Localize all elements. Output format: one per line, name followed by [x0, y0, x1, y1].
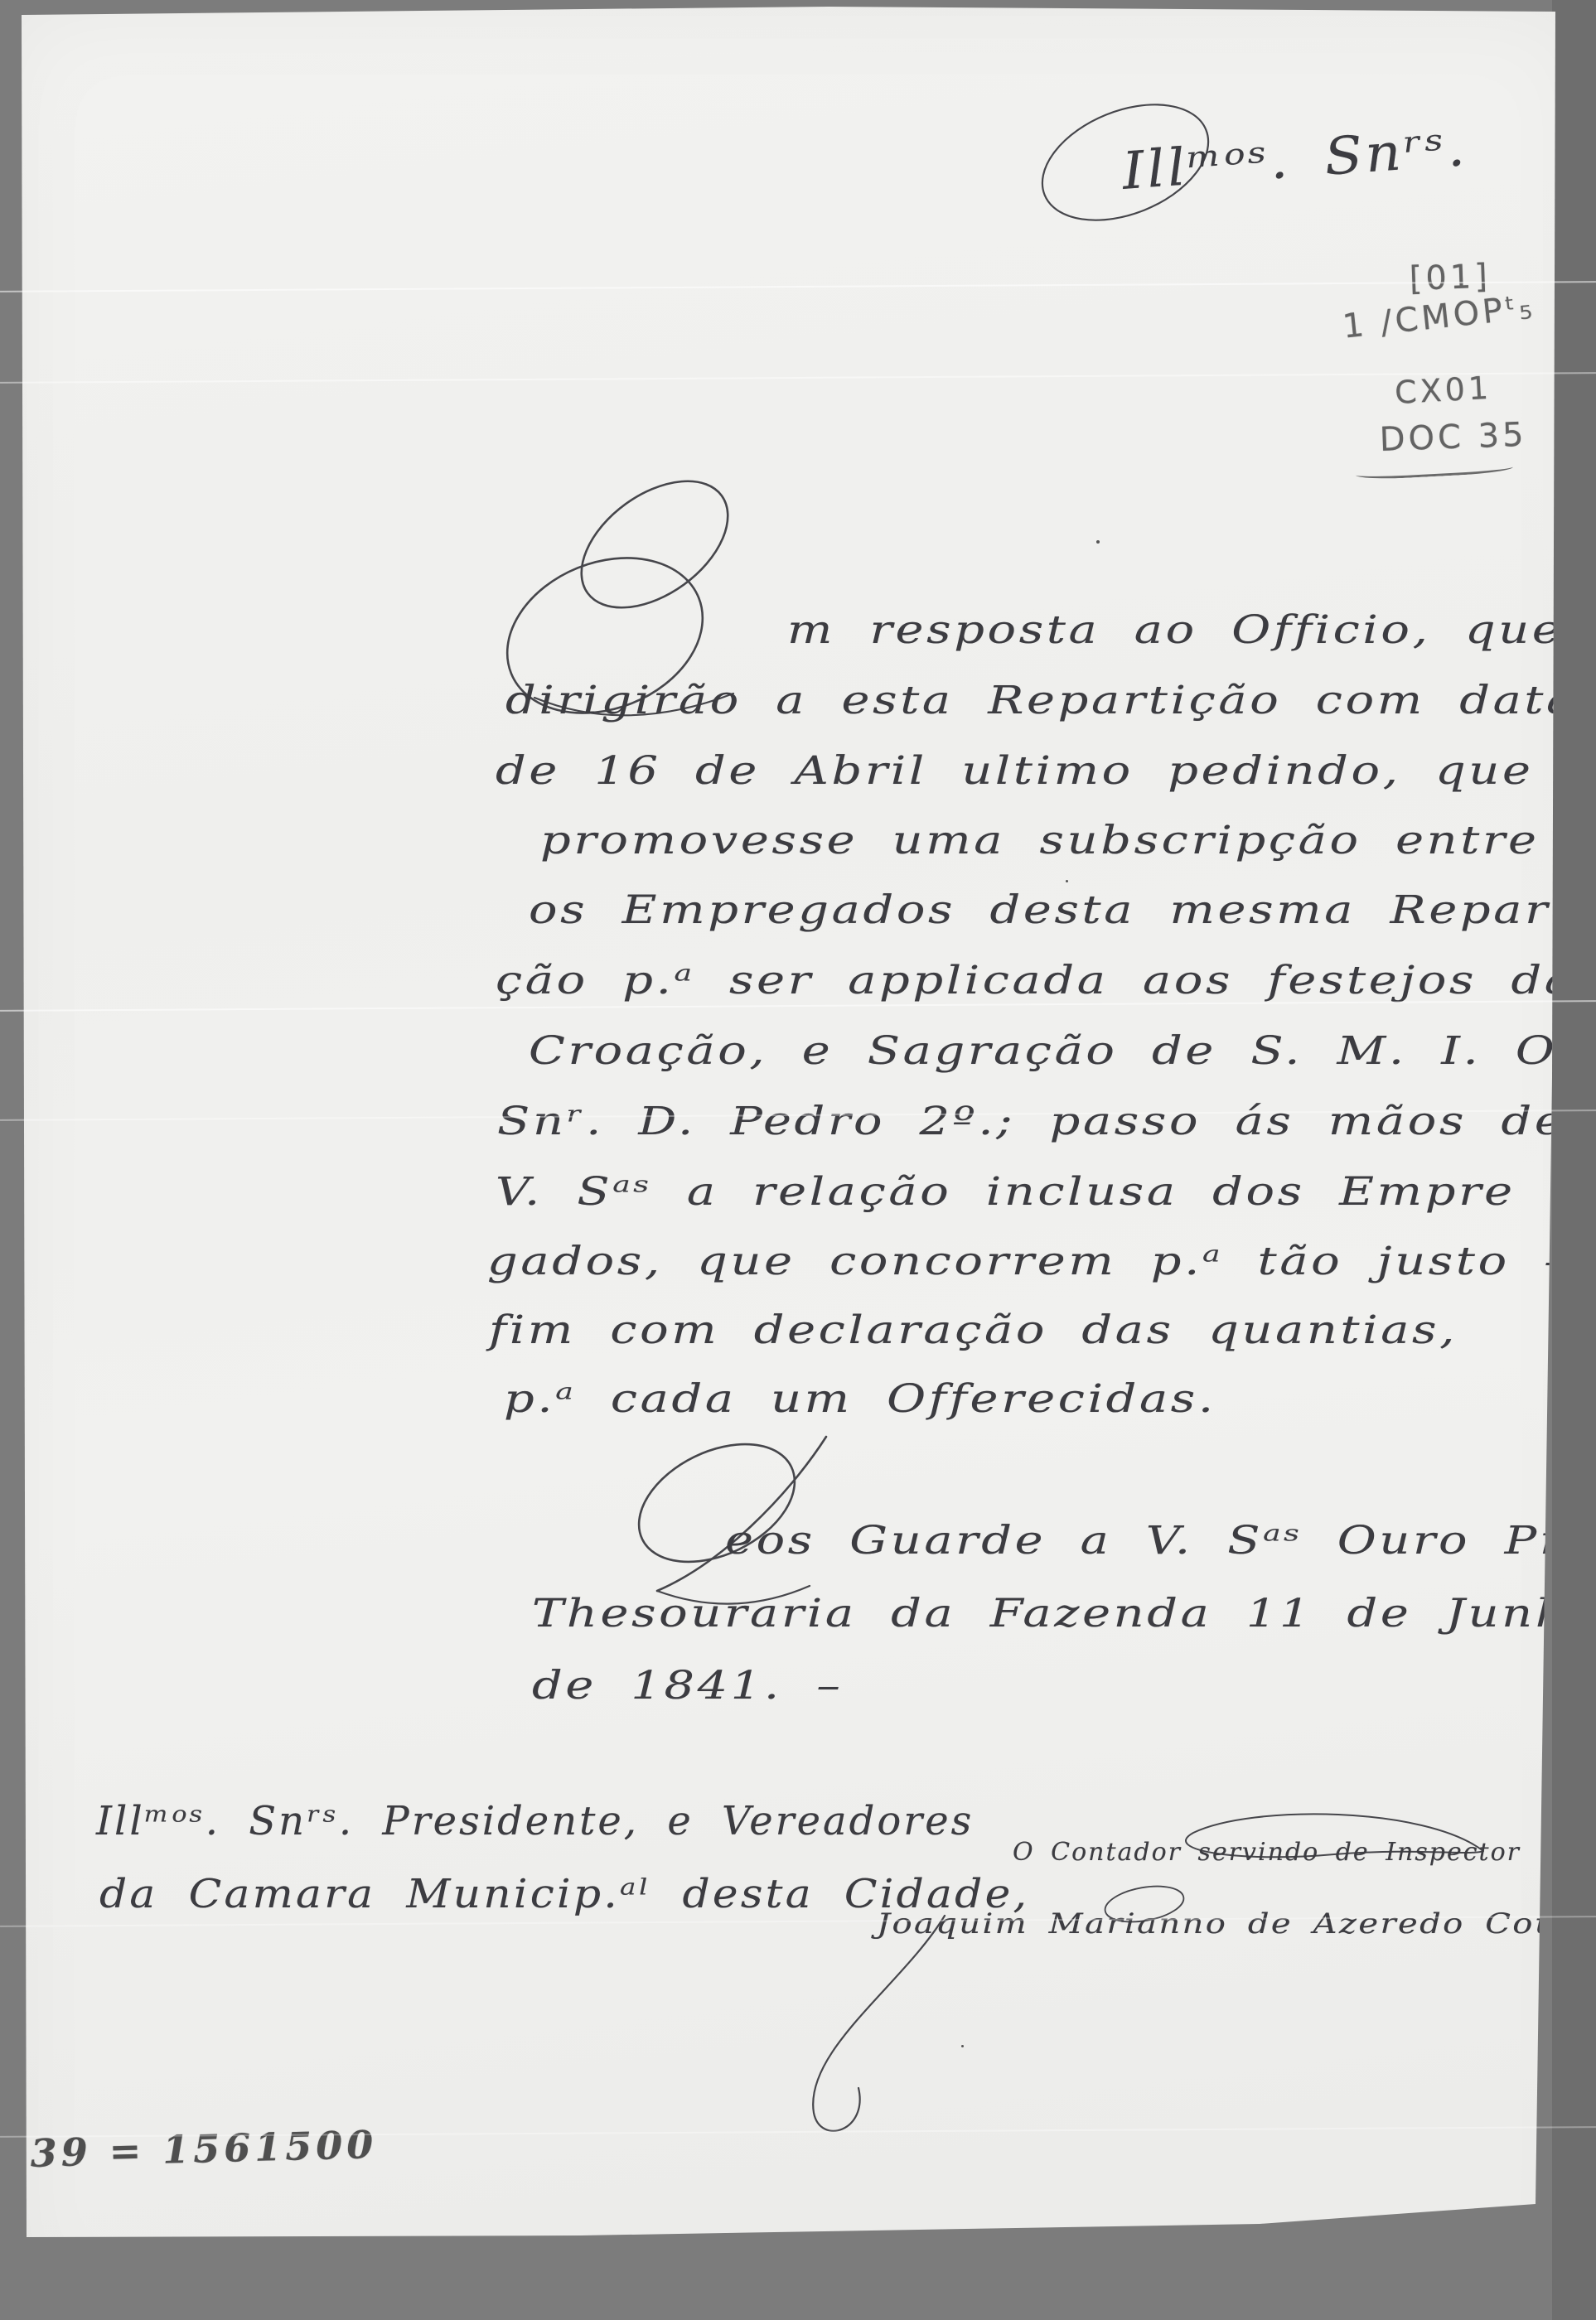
closing-line: eos Guarde a V. Sᵃˢ Ouro Preto, — [725, 1518, 1596, 1564]
address-line: Illᵐᵒˢ. Snʳˢ. Presidente, e Vereadores — [96, 1798, 974, 1844]
signature-name: Joaquim Marianno de Azeredo Coutinho — [877, 1907, 1596, 1941]
body-line: p.ᵃ cada um Offerecidas. — [504, 1376, 1216, 1422]
body-line: ção p.ᵃ ser applicada aos festejos da — [496, 958, 1576, 1003]
body-line: Croação, e Sagração de S. M. I. O — [529, 1028, 1558, 1074]
signature-title: O Contador servindo de Inspector — [1013, 1838, 1521, 1867]
archival-underline — [1356, 462, 1513, 481]
scanned-letter-page: { "colors": { "ink": "#3c3c41", "pencil"… — [0, 0, 1596, 2320]
closing-line: de 1841. – — [532, 1663, 844, 1709]
closing-line: Thesouraria da Fazenda 11 de Junho — [532, 1591, 1596, 1636]
body-line: fim com declaração das quantias, — [489, 1307, 1458, 1353]
scanner-background-band — [1552, 0, 1596, 2320]
dust-speck — [961, 2045, 964, 2047]
body-line: Snʳ. D. Pedro 2º.; passo ás mãos de — [497, 1099, 1565, 1144]
signature-descender-flourish — [771, 1906, 970, 2154]
body-line: de 16 de Abril ultimo pedindo, que se — [496, 748, 1596, 794]
archival-stamp-number: [01] — [1409, 258, 1492, 298]
body-line: V. Sᵃˢ a relação inclusa dos Empre – — [496, 1169, 1576, 1215]
body-line: os Empregados desta mesma Reparti — [529, 887, 1591, 933]
dust-speck — [1096, 540, 1100, 544]
body-line: m resposta ao Officio, que V. Sᵃˢ — [787, 607, 1596, 653]
archival-doc: DOC 35 — [1379, 416, 1527, 459]
pencil-total-note: 39 = 1561500 — [30, 2122, 378, 2176]
archival-box: CX01 — [1394, 370, 1492, 411]
body-line: gados, que concorrem p.ᵃ tão justo – — [487, 1239, 1570, 1284]
dust-speck — [1066, 880, 1068, 882]
body-line: dirigirão a esta Repartição com data — [505, 678, 1578, 723]
paper-sheet: Illᵐᵒˢ. Snʳˢ. [01] 1 /CMOPᵗ₅ CX01 DOC 35… — [0, 0, 1596, 2320]
body-line: promovesse uma subscripção entre todos — [540, 818, 1596, 863]
